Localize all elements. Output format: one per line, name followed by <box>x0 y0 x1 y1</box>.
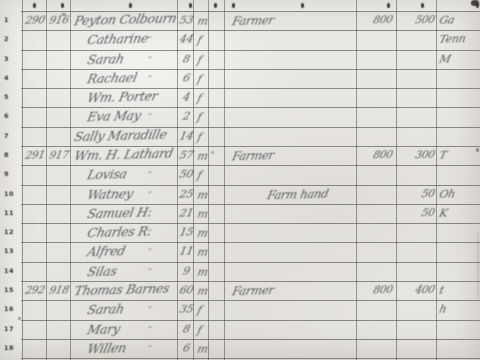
cell-ditto-mark: ″ <box>146 56 152 67</box>
cell-name: Eva May <box>86 108 142 124</box>
header-column-dot <box>129 3 132 8</box>
cell-age: 6 <box>177 71 196 84</box>
cell-name: Rachael <box>86 69 139 85</box>
margin-line-number: 14 <box>4 267 16 275</box>
cell-age: 9 <box>177 264 196 277</box>
header-column-dot <box>61 3 64 8</box>
cell-name: Willen <box>86 340 128 356</box>
cell-dwelling-number: 291 <box>24 149 46 162</box>
cell-birthplace: Oh <box>438 186 480 200</box>
cell-dwelling-number: 290 <box>24 14 46 27</box>
margin-line-number: 16 <box>4 305 16 313</box>
table-row: 5Wm. Porter″4f <box>0 88 480 107</box>
cell-family-number: 918 <box>48 284 70 297</box>
grid-hline <box>21 358 480 359</box>
cell-name: Watney <box>86 185 135 201</box>
cell-ditto-mark: ″ <box>146 248 152 259</box>
cell-sex: f <box>196 53 203 66</box>
cell-name: Thomas Barnes <box>73 280 171 298</box>
cell-name: Sarah <box>86 51 126 67</box>
cell-birthplace: h <box>438 302 480 316</box>
cell-ditto-mark: ″ <box>146 268 152 279</box>
margin-line-number: 3 <box>4 55 16 63</box>
cell-age: 25 <box>177 187 196 200</box>
margin-line-number: 6 <box>4 112 16 120</box>
cell-ditto-mark: ″ <box>146 325 152 336</box>
cell-sex: m <box>196 188 209 201</box>
cell-ditto-mark: ″ <box>146 229 152 240</box>
cell-sex: f <box>196 34 203 47</box>
cell-sex: m <box>196 150 209 163</box>
margin-line-number: 11 <box>4 209 16 217</box>
header-column-dot <box>33 3 36 8</box>
margin-line-number: 7 <box>4 132 16 140</box>
cell-value-real-estate: 800 <box>357 149 394 162</box>
cell-sex: f <box>196 169 203 182</box>
cell-name: Mary <box>86 321 122 337</box>
table-row: 4Rachael″6f <box>0 69 480 88</box>
table-row: 1290916Peyton Colbourn53mFarmer800500Ga <box>0 11 480 30</box>
cell-sex: m <box>196 208 209 221</box>
cell-birthplace: K <box>438 206 480 220</box>
cell-birthplace: M <box>438 51 480 65</box>
margin-line-number: 10 <box>4 190 16 198</box>
cell-sex: m <box>196 265 209 278</box>
cell-age: 21 <box>177 206 196 219</box>
cell-sex: f <box>196 323 203 336</box>
cell-ditto-mark: ″ <box>146 36 152 47</box>
cell-name: Alfred <box>86 243 127 259</box>
table-row: 2Catharine″44fTenn <box>0 30 480 49</box>
cell-age: 44 <box>177 33 196 46</box>
cell-ditto-mark: ″ <box>146 75 152 86</box>
header-column-dot <box>387 3 390 8</box>
margin-line-number: 17 <box>4 325 16 333</box>
table-row: 10Watney″25mFarm hand50Oh <box>0 185 480 204</box>
cell-age: 4 <box>177 91 196 104</box>
cell-name: Lovisa <box>86 166 129 182</box>
cell-sex: f <box>196 73 203 86</box>
cell-occupation: Farmer <box>231 13 275 28</box>
cell-family-number: 917 <box>48 149 70 162</box>
table-row: 13Alfred″11m <box>0 242 480 261</box>
cell-name: Sarah <box>86 301 126 317</box>
table-row: 14Silas″9m <box>0 262 480 281</box>
cell-value-personal: 400 <box>399 284 436 297</box>
cell-age: 50 <box>177 168 196 181</box>
cell-ditto-mark: ″ <box>146 306 152 317</box>
margin-line-number: 12 <box>4 228 16 236</box>
cell-value-real-estate: 800 <box>357 284 394 297</box>
cell-name: Sally Maradille <box>73 126 169 144</box>
cell-name: Peyton Colbourn <box>73 10 178 28</box>
cell-ditto-mark: ″ <box>146 113 152 124</box>
cell-occupation: Farm hand <box>266 186 330 202</box>
column-header-strip <box>0 0 480 11</box>
margin-line-number: 13 <box>4 247 16 255</box>
cell-age: 14 <box>177 129 196 142</box>
cell-name: Catharine <box>86 31 150 48</box>
header-column-dot <box>214 3 217 8</box>
header-column-dot <box>189 3 192 8</box>
cell-sex: f <box>196 131 203 144</box>
cell-age: 53 <box>177 14 196 27</box>
cell-age: 15 <box>177 226 196 239</box>
header-column-dot <box>232 3 235 8</box>
cell-age: 8 <box>177 52 196 65</box>
cell-sex: m <box>196 15 209 28</box>
cell-birthplace: Ga <box>438 13 480 27</box>
margin-line-number: 15 <box>4 286 16 294</box>
margin-line-number: 4 <box>4 74 16 82</box>
cell-age: 57 <box>177 149 196 162</box>
table-row: 7Sally Maradille14f <box>0 127 480 146</box>
cell-value-real-estate: 800 <box>357 14 394 27</box>
cell-age: 6 <box>177 341 196 354</box>
cell-age: 35 <box>177 303 196 316</box>
table-row: 12Charles R.″15m <box>0 223 480 242</box>
table-row: 15292918Thomas Barnes60mFarmer800400t <box>0 281 480 300</box>
header-column-dot <box>301 3 304 8</box>
cell-occupation: Farmer <box>231 283 275 298</box>
census-ledger-scan: 1290916Peyton Colbourn53mFarmer800500Ga2… <box>0 0 480 360</box>
cell-ditto-mark: ″ <box>146 190 152 201</box>
table-row: 16Sarah″35fh <box>0 300 480 319</box>
cell-name: Samuel H. <box>86 204 153 221</box>
cell-age: 11 <box>177 245 196 258</box>
cell-birthplace: t <box>438 283 480 297</box>
cell-value-personal: 500 <box>399 14 436 27</box>
cell-sex: m <box>196 227 209 240</box>
table-row: 11Samuel H.″21m50K <box>0 204 480 223</box>
table-row: 3Sarah″8fM <box>0 50 480 69</box>
cell-sex: f <box>196 111 203 124</box>
cell-name: Charles R. <box>86 223 153 240</box>
margin-line-number: 2 <box>4 35 16 43</box>
cell-age: 8 <box>177 322 196 335</box>
cell-name: Silas <box>86 263 118 279</box>
margin-line-number: 18 <box>4 344 16 352</box>
cell-birthplace: Tenn <box>438 32 480 46</box>
cell-occupation: Farmer <box>231 148 275 163</box>
header-column-dot <box>421 3 424 8</box>
margin-line-number: 8 <box>4 151 16 159</box>
cell-dwelling-number: 292 <box>24 284 46 297</box>
cell-sex: m <box>196 343 209 356</box>
cell-name: Wm. H. Lathard <box>73 145 175 163</box>
table-row: 18Willen″6m <box>0 339 480 358</box>
cell-ditto-mark: ″ <box>146 345 152 356</box>
margin-line-number: 1 <box>4 16 16 24</box>
cell-value-personal: 300 <box>399 149 436 162</box>
table-row: 8291917Wm. H. Lathard57mFarmer800300T <box>0 146 480 165</box>
margin-line-number: 5 <box>4 93 16 101</box>
cell-ditto-mark: ″ <box>146 171 152 182</box>
table-row: 6Eva May″2f <box>0 107 480 126</box>
cell-sex: f <box>196 92 203 105</box>
table-row: 17Mary″8f <box>0 320 480 339</box>
cell-sex: m <box>196 246 209 259</box>
cell-age: 60 <box>177 283 196 296</box>
margin-line-number: 9 <box>4 170 16 178</box>
cell-family-number: 916 <box>48 14 70 27</box>
cell-age: 2 <box>177 110 196 123</box>
cell-value-personal: 50 <box>399 188 436 201</box>
table-row: 9Lovisa″50f <box>0 165 480 184</box>
cell-birthplace: T <box>438 148 480 162</box>
scan-speck <box>471 0 479 6</box>
cell-sex: f <box>196 304 203 317</box>
cell-value-personal: 50 <box>399 207 436 220</box>
cell-sex: m <box>196 285 209 298</box>
